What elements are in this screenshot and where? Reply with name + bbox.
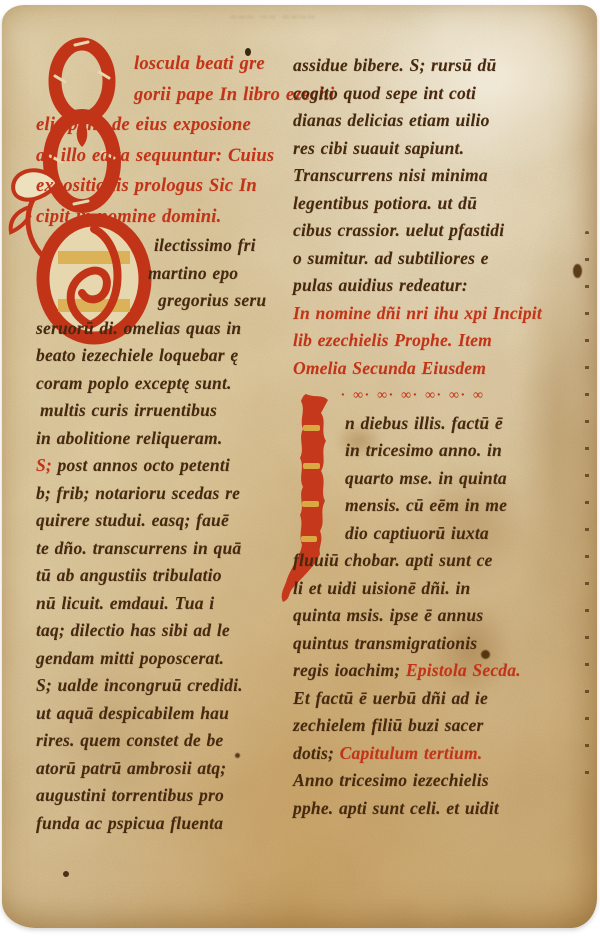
line-left-16: b; frib; notarioru scedas re: [36, 480, 294, 508]
text-segment: regis ioachim;: [293, 660, 406, 680]
text-segment: li et uidi uisionē dñi. in: [293, 578, 470, 598]
line-right-10: In nomine dñi nri ihu xpi Incipit: [293, 300, 573, 328]
line-left-10: seruorū di. omelias quas in: [36, 315, 294, 343]
text-segment: In nomine dñi nri ihu xpi Incipit: [293, 303, 542, 323]
line-left-27: augustini torrentibus pro: [36, 782, 294, 810]
line-left-8: martino epo: [148, 260, 294, 288]
line-left-18: te dño. transcurrens in quā: [36, 535, 294, 563]
line-right-16: quarto mse. in quinta: [345, 465, 573, 493]
line-left-24: ut aquā despicabilem hau: [36, 700, 294, 728]
text-segment: atorū patrū ambrosii atq;: [36, 758, 226, 778]
line-left-5: expositionis prologus Sic In: [36, 171, 294, 202]
parchment-page: ~~~ ~~ ~~~~ loscula beati gregorii pape …: [2, 5, 597, 928]
text-segment: Anno tricesimo iezechielis: [293, 770, 489, 790]
ink-spot: [63, 871, 69, 877]
text-segment: funda ac pspicua fluenta: [36, 813, 223, 833]
line-right-9: pulas auidius redeatur:: [293, 272, 573, 300]
manuscript-scan: { "page": { "kind": "illuminated-manuscr…: [0, 0, 600, 939]
text-segment: post annos octo petenti: [58, 455, 230, 475]
text-segment: in abolitione reliqueram.: [36, 428, 222, 448]
text-segment: Et factū ē uerbū dñi ad ie: [293, 688, 488, 708]
text-segment: Transcurrens nisi minima: [293, 165, 488, 185]
text-segment: ab illo edita sequuntur: Cuius: [36, 146, 274, 166]
text-segment: augustini torrentibus pro: [36, 785, 224, 805]
text-segment: elis pphe de eius exposione: [36, 115, 251, 135]
line-right-18: dio captiuorū iuxta: [345, 520, 573, 548]
line-left-7: ilectissimo fri: [154, 232, 294, 260]
line-right-3: dianas delicias etiam uilio: [293, 107, 573, 135]
text-segment: · ∞· ∞· ∞· ∞· ∞· ∞: [341, 388, 485, 403]
line-right-17: mensis. cū eēm in me: [345, 492, 573, 520]
text-segment: multis curis irruentibus: [40, 400, 217, 420]
line-left-3: elis pphe de eius exposione: [36, 110, 294, 141]
line-right-21: quinta msis. ipse ē annus: [293, 602, 573, 630]
line-left-23: S; ualde incongruū credidi.: [36, 672, 294, 700]
text-segment: Epistola Secda.: [406, 660, 521, 680]
line-right-7: cibus crassior. uelut pfastidi: [293, 217, 573, 245]
line-right-12: Omelia Secunda Eiusdem: [293, 355, 573, 383]
text-segment: quirere studui. easq; fauē: [36, 510, 229, 530]
text-segment: expositionis prologus Sic In: [36, 176, 257, 196]
text-segment: rires. quem constet de be: [36, 730, 223, 750]
line-right-26: dotis; Capitulum tertium.: [293, 740, 573, 768]
faded-top-inscription: ~~~ ~~ ~~~~: [230, 10, 420, 28]
line-left-13: multis curis irruentibus: [40, 397, 294, 425]
ink-spot: [573, 264, 582, 278]
text-segment: dio captiuorū iuxta: [345, 523, 489, 543]
text-segment: cibus crassior. uelut pfastidi: [293, 220, 504, 240]
text-segment: nū licuit. emdaui. Tua i: [36, 593, 214, 613]
text-segment: n diebus illis. factū ē: [345, 413, 503, 433]
line-right-11: lib ezechielis Prophe. Item: [293, 327, 573, 355]
text-segment: quarto mse. in quinta: [345, 468, 507, 488]
text-segment: quintus transmigrationis: [293, 633, 477, 653]
pricking-holes: [585, 231, 589, 776]
line-left-19: tū ab angustiis tribulatio: [36, 562, 294, 590]
text-segment: o sumitur. ad subtiliores e: [293, 248, 489, 268]
text-segment: pphe. apti sunt celi. et uidit: [293, 798, 499, 818]
line-left-25: rires. quem constet de be: [36, 727, 294, 755]
line-left-22: gendam mitti poposcerat.: [36, 645, 294, 673]
line-right-22: quintus transmigrationis: [293, 630, 573, 658]
text-segment: quinta msis. ipse ē annus: [293, 605, 483, 625]
line-right-23: regis ioachim; Epistola Secda.: [293, 657, 573, 685]
text-segment: lib ezechielis Prophe. Item: [293, 330, 492, 350]
text-segment: gendam mitti poposcerat.: [36, 648, 224, 668]
text-segment: dianas delicias etiam uilio: [293, 110, 490, 130]
text-segment: seruorū di. omelias quas in: [36, 318, 241, 338]
text-segment: Omelia Secunda Eiusdem: [293, 358, 486, 378]
text-segment: in tricesimo anno. in: [345, 440, 502, 460]
text-segment: taq; dilectio has sibi ad le: [36, 620, 230, 640]
text-segment: fluuiū chobar. apti sunt ce: [293, 550, 493, 570]
line-right-2: cogito quod sepe int coti: [293, 80, 573, 108]
line-right-19: fluuiū chobar. apti sunt ce: [293, 547, 573, 575]
line-right-5: Transcurrens nisi minima: [293, 162, 573, 190]
text-segment: tū ab angustiis tribulatio: [36, 565, 222, 585]
line-right-25: zechielem filiū buzi sacer: [293, 712, 573, 740]
text-segment: loscula beati gre: [134, 54, 265, 74]
line-right-28: pphe. apti sunt celi. et uidit: [293, 795, 573, 823]
line-right-4: res cibi suauit sapiunt.: [293, 135, 573, 163]
line-right-20: li et uidi uisionē dñi. in: [293, 575, 573, 603]
text-segment: dotis;: [293, 743, 340, 763]
line-left-2: gorii pape In libro ezechi: [134, 80, 294, 111]
text-segment: res cibi suauit sapiunt.: [293, 138, 464, 158]
text-segment: gregorius seru: [158, 290, 266, 310]
line-right-27: Anno tricesimo iezechielis: [293, 767, 573, 795]
text-segment: cogito quod sepe int coti: [293, 83, 476, 103]
text-segment: zechielem filiū buzi sacer: [293, 715, 483, 735]
text-segment: legentibus potiora. ut dū: [293, 193, 477, 213]
text-segment: pulas auidius redeatur:: [293, 275, 468, 295]
line-right-13: · ∞· ∞· ∞· ∞· ∞· ∞: [341, 382, 573, 410]
line-left-1: loscula beati gre: [134, 49, 294, 80]
line-left-14: in abolitione reliqueram.: [36, 425, 294, 453]
line-left-17: quirere studui. easq; fauē: [36, 507, 294, 535]
line-left-11: beato iezechiele loquebar ę: [36, 342, 294, 370]
text-segment: mensis. cū eēm in me: [345, 495, 507, 515]
line-right-1: assidue bibere. S; rursū dū: [293, 52, 573, 80]
line-left-4: ab illo edita sequuntur: Cuius: [36, 141, 294, 172]
line-right-14: n diebus illis. factū ē: [345, 410, 573, 438]
line-left-20: nū licuit. emdaui. Tua i: [36, 590, 294, 618]
text-segment: S; ualde incongruū credidi.: [36, 675, 243, 695]
line-left-21: taq; dilectio has sibi ad le: [36, 617, 294, 645]
text-segment: assidue bibere. S; rursū dū: [293, 55, 496, 75]
left-text-column: loscula beati gregorii pape In libro eze…: [36, 49, 294, 837]
line-left-12: coram poplo exceptę sunt.: [36, 370, 294, 398]
text-segment: S;: [36, 455, 58, 475]
line-left-9: gregorius seru: [158, 287, 294, 315]
line-left-26: atorū patrū ambrosii atq;: [36, 755, 294, 783]
text-segment: ilectissimo fri: [154, 235, 256, 255]
line-right-6: legentibus potiora. ut dū: [293, 190, 573, 218]
text-segment: te dño. transcurrens in quā: [36, 538, 241, 558]
text-segment: beato iezechiele loquebar ę: [36, 345, 238, 365]
text-segment: Capitulum tertium.: [340, 743, 483, 763]
right-text-column: assidue bibere. S; rursū dūcogito quod s…: [293, 52, 573, 822]
line-left-6: cipit in nomine domini.: [36, 202, 294, 233]
text-segment: b; frib; notarioru scedas re: [36, 483, 240, 503]
line-left-28: funda ac pspicua fluenta: [36, 810, 294, 838]
text-segment: coram poplo exceptę sunt.: [36, 373, 232, 393]
line-right-15: in tricesimo anno. in: [345, 437, 573, 465]
text-segment: martino epo: [148, 263, 238, 283]
line-right-8: o sumitur. ad subtiliores e: [293, 245, 573, 273]
line-right-24: Et factū ē uerbū dñi ad ie: [293, 685, 573, 713]
line-left-15: S; post annos octo petenti: [36, 452, 294, 480]
text-segment: cipit in nomine domini.: [36, 207, 221, 227]
text-segment: ut aquā despicabilem hau: [36, 703, 229, 723]
